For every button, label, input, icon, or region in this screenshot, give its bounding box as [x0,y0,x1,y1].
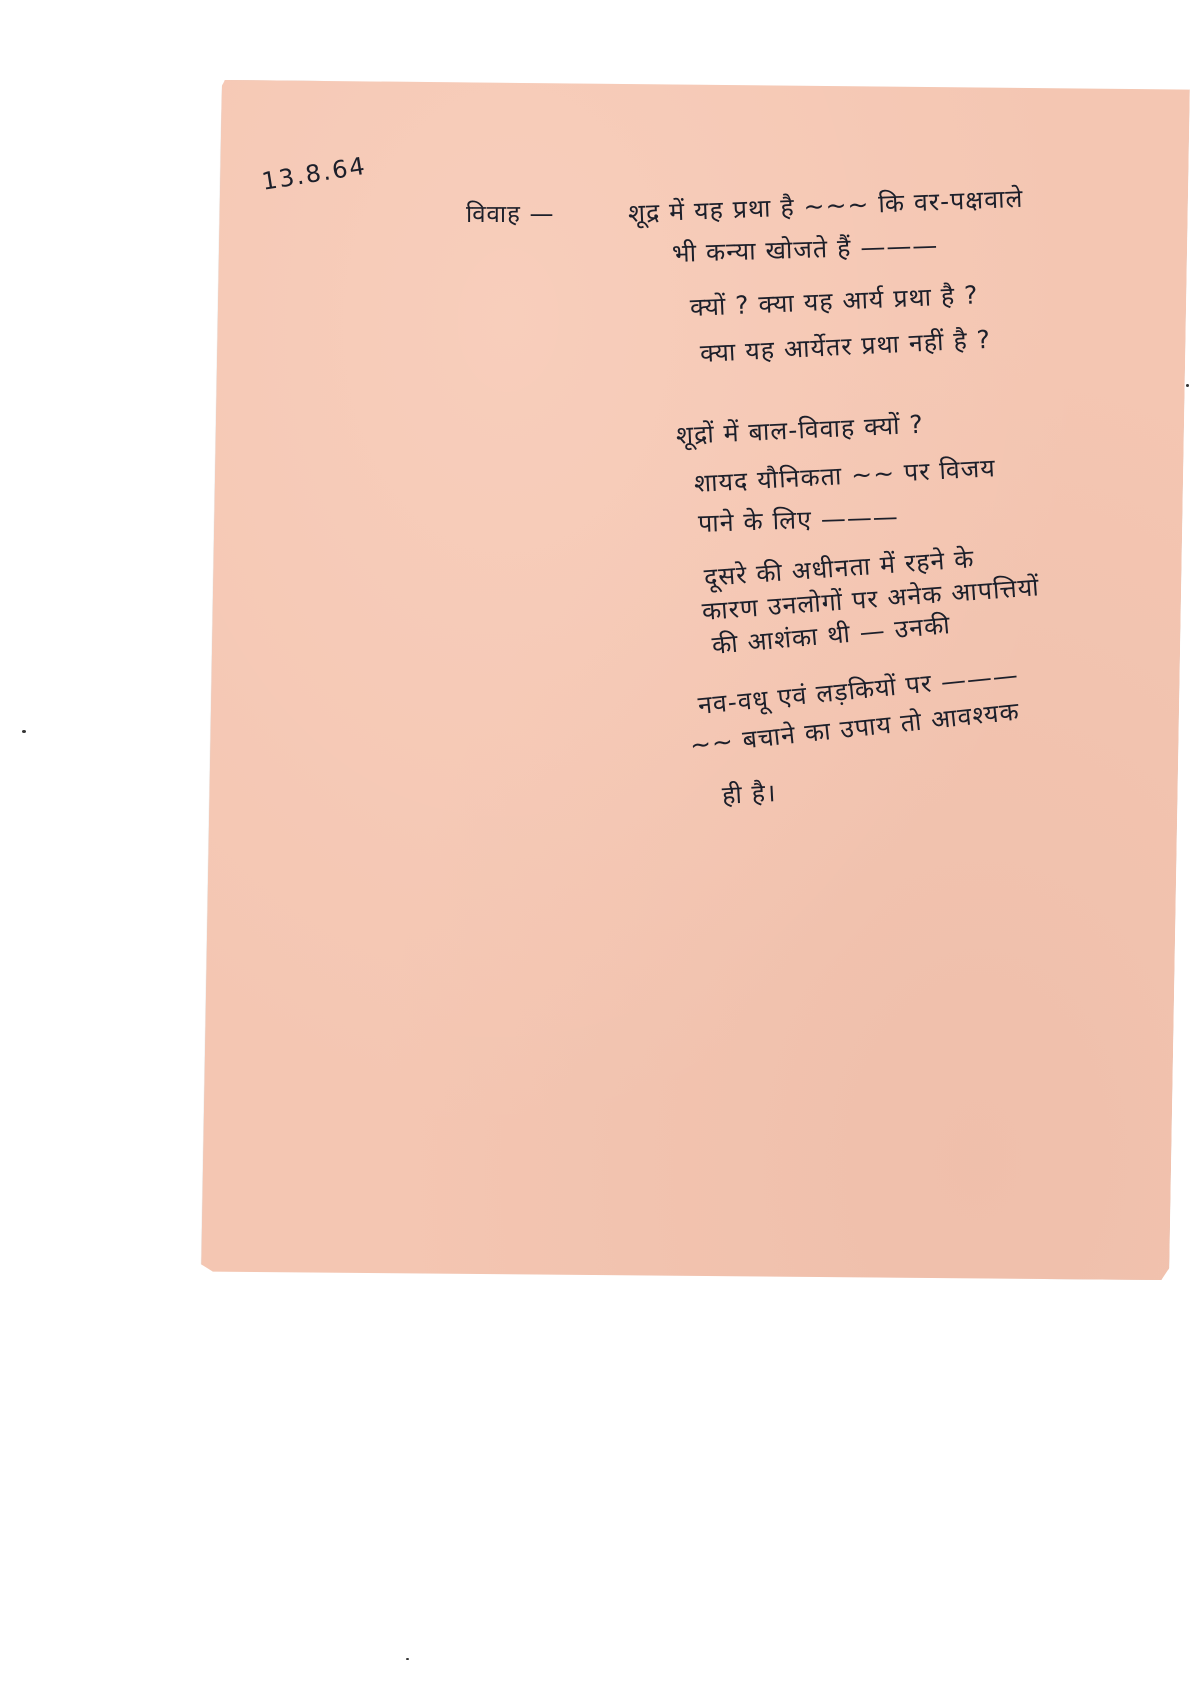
note-line-13: ही है। [721,775,777,812]
note-line-7: पाने के लिए ——— [697,499,899,540]
scan-speck [406,1658,409,1660]
note-heading: विवाह — [466,197,555,230]
scan-speck [1186,384,1189,387]
scan-speck [22,730,26,733]
